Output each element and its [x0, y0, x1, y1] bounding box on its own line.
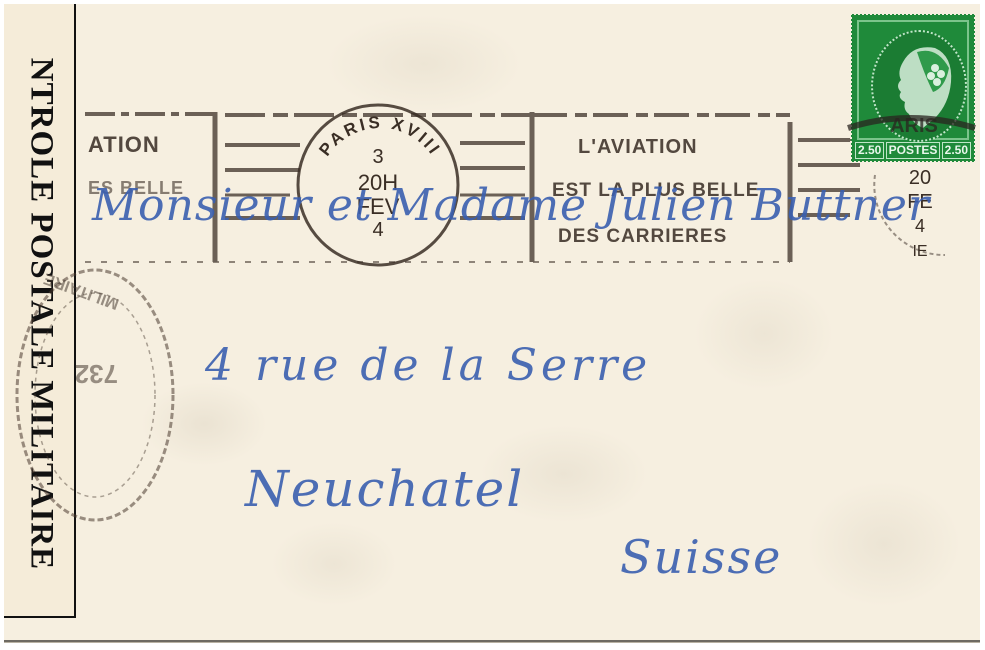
stamp-cancel-bars: ARIS	[0, 0, 985, 650]
svg-text:ARIS: ARIS	[890, 115, 938, 137]
address-line3: Neuchatel	[245, 460, 524, 518]
address-line1: Monsieur et Madame Julien Buttner	[92, 180, 930, 231]
address-line4: Suisse	[620, 530, 782, 584]
address-line2: 4 rue de la Serre	[205, 340, 651, 391]
